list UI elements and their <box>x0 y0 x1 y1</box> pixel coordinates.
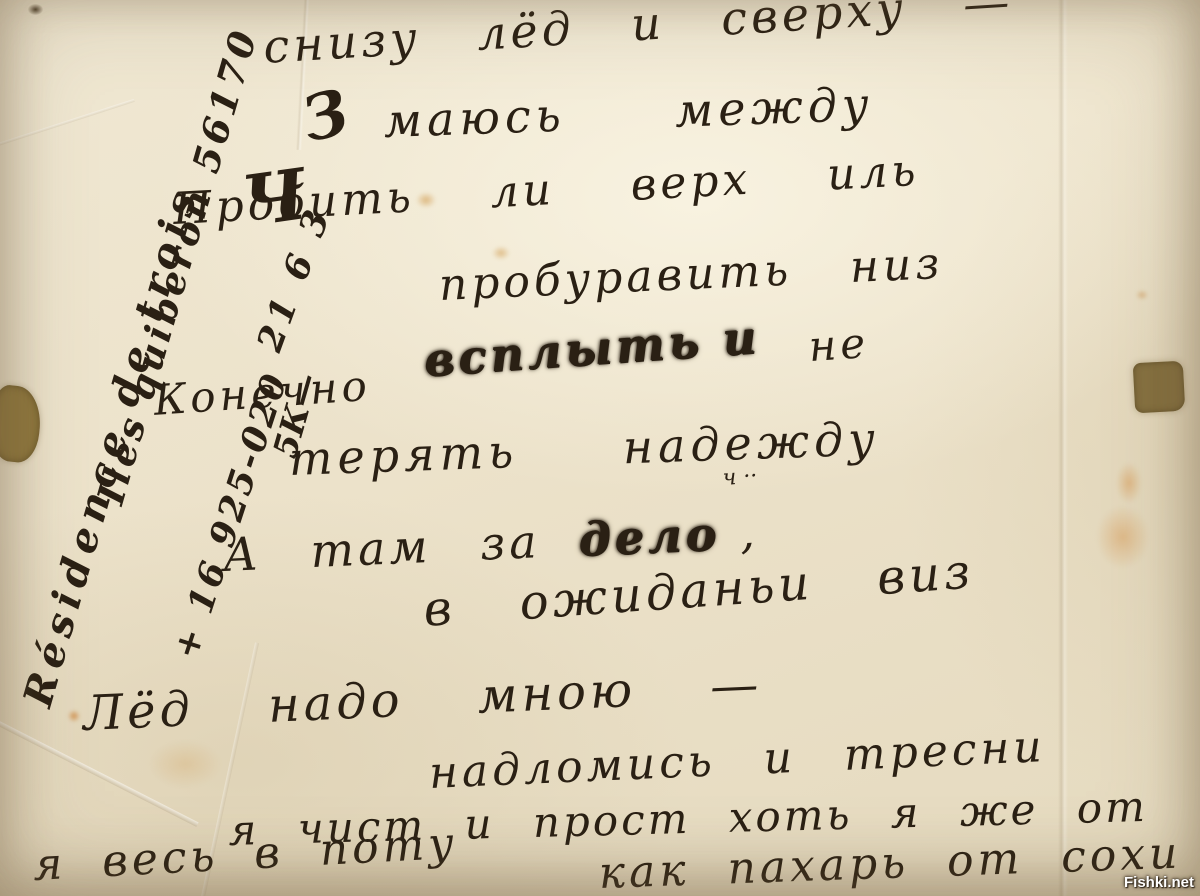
poem-line-7-word-overwritten: дело <box>577 506 721 566</box>
crease-line <box>1058 0 1068 896</box>
poem-line-7-words: А там за <box>222 514 542 582</box>
stain <box>148 740 222 788</box>
poem-line-9: Лёд надо мною — <box>82 660 763 738</box>
poem-line-5-word-2-overwritten: всплыть и <box>422 310 762 387</box>
stain <box>1136 290 1148 300</box>
poem-line-5-word-3: не <box>807 318 871 371</box>
poem-line-4: пробуравить низ <box>438 242 944 308</box>
poem-line-5-word-1: Конечно <box>152 361 372 425</box>
poem-line-7-comma: , <box>739 505 760 560</box>
ink-speck <box>28 4 43 15</box>
poem-line-6: терять надежду <box>288 415 881 482</box>
handwritten-note-photo: Résidence de trois Iles quiberon 56170 +… <box>0 0 1200 896</box>
tape-left <box>0 384 44 465</box>
tape-right <box>1133 361 1186 414</box>
margin-fragment-z: З <box>296 80 355 151</box>
poem-line-12: я весь в поту <box>32 822 459 888</box>
watermark: Fishki.net <box>1124 874 1194 891</box>
poem-line-2: маюсь между <box>383 81 874 144</box>
stain <box>1116 462 1142 504</box>
crease-line <box>0 99 135 148</box>
poem-line-10: надломись и тресни <box>428 725 1047 796</box>
poem-line-1: снизу лёд и сверху — <box>262 0 1014 70</box>
stain <box>68 710 80 722</box>
stain <box>1096 505 1150 569</box>
